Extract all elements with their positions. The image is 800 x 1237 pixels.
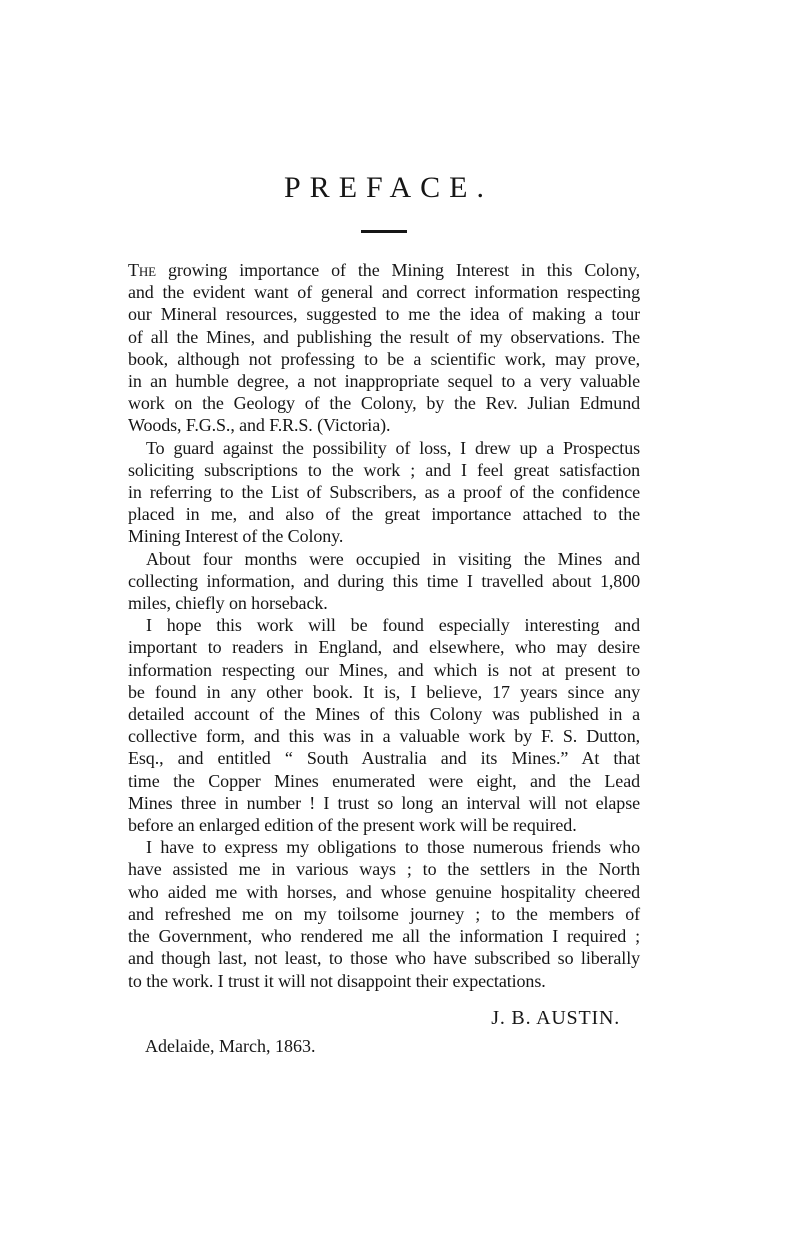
body-line: Woods, F.G.S., and F.R.S. (Victoria).: [128, 414, 640, 436]
preface-body: The growing importance of the Mining Int…: [128, 259, 640, 992]
preface-paragraph: I hope this work will be found especiall…: [128, 614, 640, 836]
preface-paragraph: To guard against the possibility of loss…: [128, 437, 640, 548]
body-line: book, although not professing to be a sc…: [128, 348, 640, 370]
body-line: before an enlarged edition of the presen…: [128, 814, 640, 836]
title-rule: [361, 230, 407, 233]
body-line: and though last, not least, to those who…: [128, 947, 640, 969]
body-line: Mining Interest of the Colony.: [128, 525, 640, 547]
preface-paragraph: I have to express my obligations to thos…: [128, 836, 640, 991]
place-dateline: Adelaide, March, 1863.: [128, 1034, 640, 1058]
body-line: the Government, who rendered me all the …: [128, 925, 640, 947]
body-line: Mines three in number ! I trust so long …: [128, 792, 640, 814]
lead-word-smallcaps: The: [128, 260, 156, 280]
body-line: I have to express my obligations to thos…: [128, 836, 640, 858]
body-line: our Mineral resources, suggested to me t…: [128, 303, 640, 325]
body-line: collecting information, and during this …: [128, 570, 640, 592]
body-line: soliciting subscriptions to the work ; a…: [128, 459, 640, 481]
preface-paragraph: About four months were occupied in visit…: [128, 548, 640, 615]
body-line: I hope this work will be found especiall…: [128, 614, 640, 636]
body-line: be found in any other book. It is, I bel…: [128, 681, 640, 703]
book-page: PREFACE. The growing importance of the M…: [0, 0, 800, 1237]
body-line: to the work. I trust it will not disappo…: [128, 970, 640, 992]
body-line: important to readers in England, and els…: [128, 636, 640, 658]
body-line: have assisted me in various ways ; to th…: [128, 858, 640, 880]
body-line: work on the Geology of the Colony, by th…: [128, 392, 640, 414]
type-area: PREFACE. The growing importance of the M…: [128, 0, 640, 1058]
preface-paragraph: The growing importance of the Mining Int…: [128, 259, 640, 437]
body-line: who aided me with horses, and whose genu…: [128, 881, 640, 903]
body-line: collective form, and this was in a valua…: [128, 725, 640, 747]
body-line: detailed account of the Mines of this Co…: [128, 703, 640, 725]
body-line: About four months were occupied in visit…: [128, 548, 640, 570]
page-title: PREFACE.: [128, 170, 640, 206]
body-line: of all the Mines, and publishing the res…: [128, 326, 640, 348]
body-line: Esq., and entitled “ South Australia and…: [128, 747, 640, 769]
body-line: time the Copper Mines enumerated were ei…: [128, 770, 640, 792]
author-signature: J. B. AUSTIN.: [128, 1006, 640, 1030]
body-line: placed in me, and also of the great impo…: [128, 503, 640, 525]
body-line: information respecting our Mines, and wh…: [128, 659, 640, 681]
body-line: miles, chiefly on horseback.: [128, 592, 640, 614]
body-line: To guard against the possibility of loss…: [128, 437, 640, 459]
body-line: and refreshed me on my toilsome journey …: [128, 903, 640, 925]
body-line: in an humble degree, a not inappropriate…: [128, 370, 640, 392]
body-line: and the evident want of general and corr…: [128, 281, 640, 303]
body-line: The growing importance of the Mining Int…: [128, 259, 640, 281]
body-line: in referring to the List of Subscribers,…: [128, 481, 640, 503]
